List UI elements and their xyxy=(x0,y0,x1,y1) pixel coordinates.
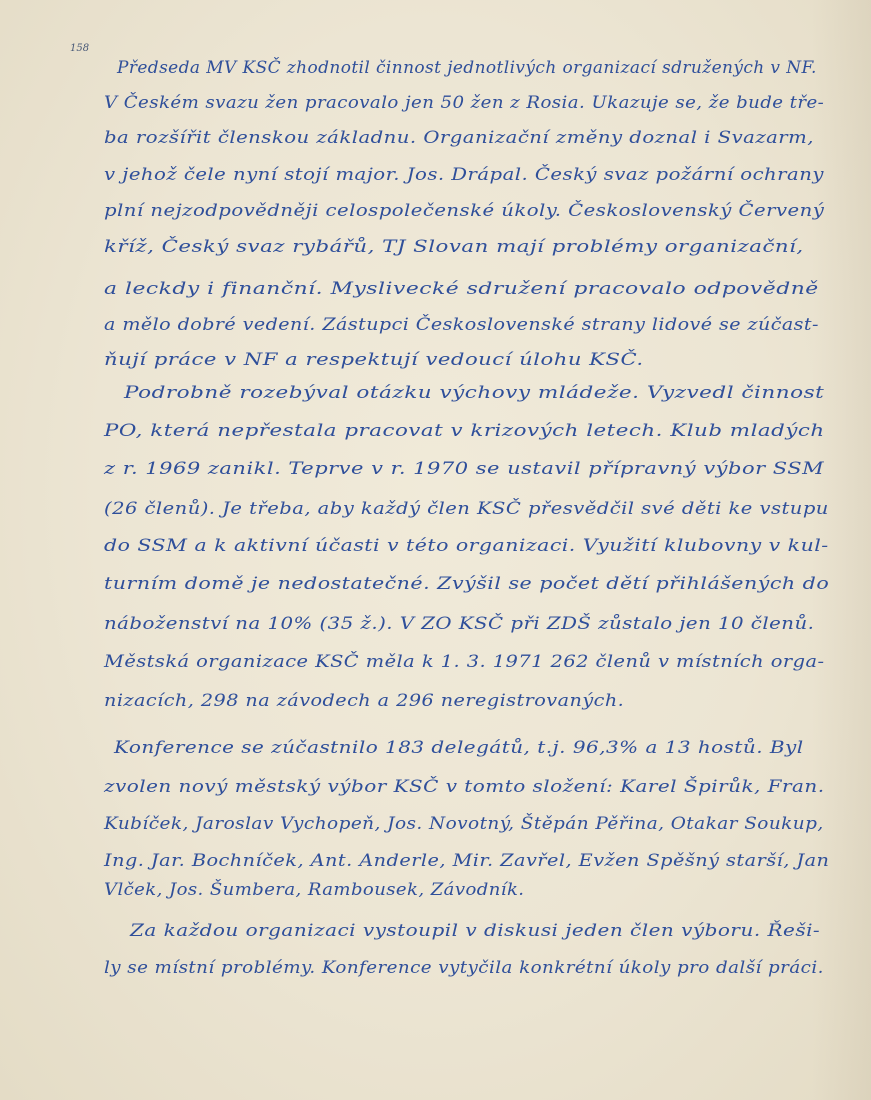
text-line: zvolen nový městský výbor KSČ v tomto sl… xyxy=(104,777,825,797)
text-line: nizacích, 298 na závodech a 296 neregist… xyxy=(104,691,624,711)
text-line: ba rozšířit členskou základnu. Organizač… xyxy=(104,128,814,148)
text-line: v jehož čele nyní stojí major. Jos. Dráp… xyxy=(104,165,824,185)
text-line: Městská organizace KSČ měla k 1. 3. 1971… xyxy=(104,652,824,672)
text-line: PO, která nepřestala pracovat v krizovýc… xyxy=(104,421,825,441)
text-line: Za každou organizaci vystoupil v diskusi… xyxy=(130,921,820,941)
text-line: plní nejzodpovědněji celospolečenské úko… xyxy=(104,201,824,221)
text-line: ly se místní problémy. Konference vytyči… xyxy=(104,958,824,978)
text-line: ňují práce v NF a respektují vedoucí úlo… xyxy=(104,350,644,370)
text-line: Ing. Jar. Bochníček, Ant. Anderle, Mir. … xyxy=(104,851,829,871)
text-line: kříž, Český svaz rybářů, TJ Slovan mají … xyxy=(104,237,804,257)
chronicle-page: 158 Předseda MV KSČ zhodnotil činnost je… xyxy=(0,0,871,1100)
text-line: a leckdy i finanční. Myslivecké sdružení… xyxy=(104,279,819,299)
text-line: a mělo dobré vedení. Zástupci Českoslove… xyxy=(104,315,819,335)
text-line: V Českém svazu žen pracovalo jen 50 žen … xyxy=(104,93,824,113)
text-line: turním domě je nedostatečné. Zvýšil se p… xyxy=(104,574,829,594)
text-line: Konference se zúčastnilo 183 delegátů, t… xyxy=(114,738,804,758)
page-number: 158 xyxy=(70,43,89,54)
text-line: z r. 1969 zanikl. Teprve v r. 1970 se us… xyxy=(104,459,824,479)
text-line: Předseda MV KSČ zhodnotil činnost jednot… xyxy=(117,58,817,78)
text-line: náboženství na 10% (35 ž.). V ZO KSČ při… xyxy=(104,614,814,634)
text-line: Vlček, Jos. Šumbera, Rambousek, Závodník… xyxy=(104,880,524,900)
text-line: do SSM a k aktivní účasti v této organiz… xyxy=(104,536,829,556)
text-line: Kubíček, Jaroslav Vychopeň, Jos. Novotný… xyxy=(104,814,824,834)
text-line: Podrobně rozebýval otázku výchovy mládež… xyxy=(124,383,824,403)
text-line: (26 členů). Je třeba, aby každý člen KSČ… xyxy=(104,499,829,519)
